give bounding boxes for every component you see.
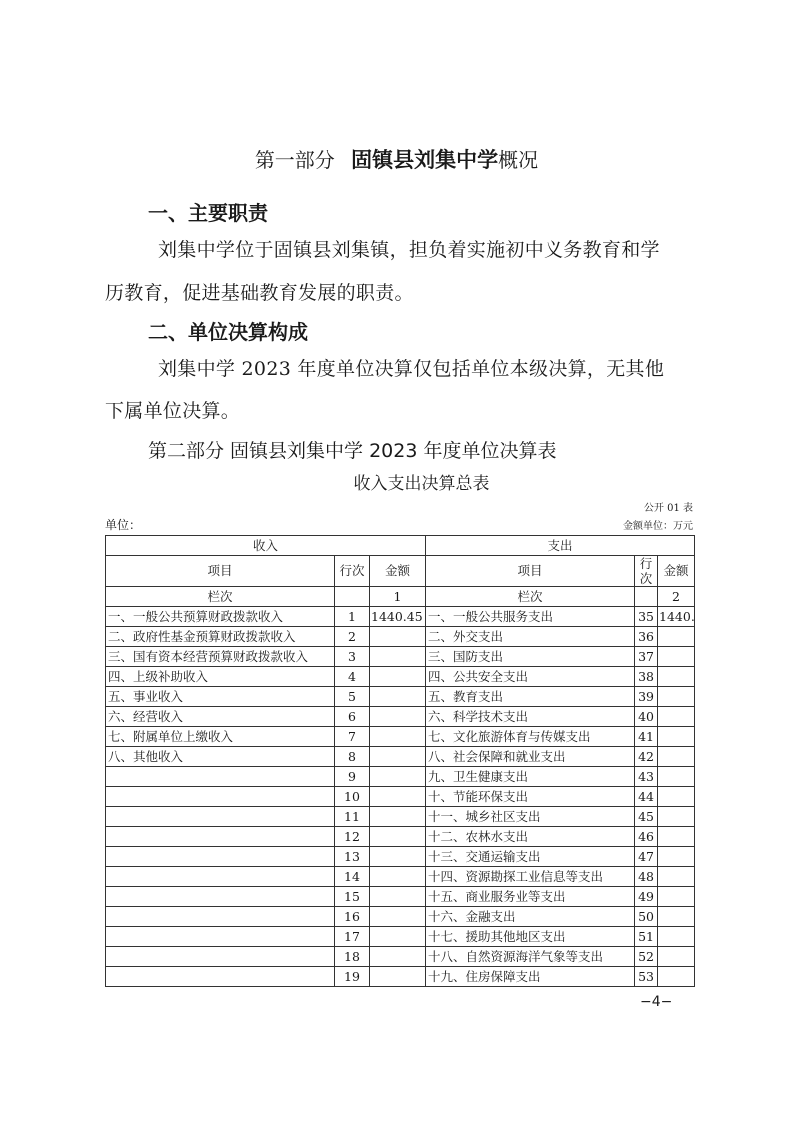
expense-item: 九、卫生健康支出 bbox=[426, 767, 635, 787]
income-row-number: 9 bbox=[335, 767, 370, 787]
income-row-number: 4 bbox=[335, 667, 370, 687]
expense-amount bbox=[658, 827, 695, 847]
income-amount bbox=[370, 927, 426, 947]
income-lanci-empty bbox=[335, 587, 370, 607]
table-group-header-row: 收入 支出 bbox=[106, 536, 695, 556]
income-amount bbox=[370, 947, 426, 967]
part1-title-suffix: 概况 bbox=[498, 148, 538, 172]
table-row: 19十九、住房保障支出53 bbox=[106, 967, 695, 987]
part2-title: 第二部分 固镇县刘集中学 2023 年度单位决算表 bbox=[148, 438, 556, 464]
expense-item: 一、一般公共服务支出 bbox=[426, 607, 635, 627]
expense-item: 十二、农林水支出 bbox=[426, 827, 635, 847]
income-row-number: 2 bbox=[335, 627, 370, 647]
income-item bbox=[106, 767, 335, 787]
table-row: 16十六、金融支出50 bbox=[106, 907, 695, 927]
income-amount bbox=[370, 747, 426, 767]
expense-amount: 1440.45 bbox=[658, 607, 695, 627]
income-col-number: 1 bbox=[370, 587, 426, 607]
expense-row-number: 42 bbox=[635, 747, 658, 767]
form-code: 公开 01 表 bbox=[644, 502, 693, 516]
section2-heading: 二、单位决算构成 bbox=[148, 318, 308, 346]
expense-amount bbox=[658, 947, 695, 967]
income-row-number: 17 bbox=[335, 927, 370, 947]
expense-amount bbox=[658, 687, 695, 707]
income-row-number: 3 bbox=[335, 647, 370, 667]
section1-heading: 一、主要职责 bbox=[148, 199, 268, 227]
income-amount bbox=[370, 667, 426, 687]
expense-item: 三、国防支出 bbox=[426, 647, 635, 667]
income-item bbox=[106, 887, 335, 907]
table-row: 15十五、商业服务业等支出49 bbox=[106, 887, 695, 907]
page-number: −4− bbox=[640, 994, 672, 1010]
expense-amount bbox=[658, 807, 695, 827]
table-row: 五、事业收入5五、教育支出39 bbox=[106, 687, 695, 707]
income-item bbox=[106, 847, 335, 867]
expense-amount bbox=[658, 747, 695, 767]
expense-lanci-empty bbox=[635, 587, 658, 607]
expense-amount bbox=[658, 707, 695, 727]
income-row-header: 行次 bbox=[335, 556, 370, 587]
section1-line1: 刘集中学位于固镇县刘集镇，担负着实施初中义务教育和学 bbox=[158, 236, 660, 264]
expense-amount bbox=[658, 847, 695, 867]
table-row: 12十二、农林水支出46 bbox=[106, 827, 695, 847]
table-row: 八、其他收入8八、社会保障和就业支出42 bbox=[106, 747, 695, 767]
expense-item-header: 项目 bbox=[426, 556, 635, 587]
income-row-number: 13 bbox=[335, 847, 370, 867]
expense-row-number: 44 bbox=[635, 787, 658, 807]
income-item: 八、其他收入 bbox=[106, 747, 335, 767]
income-row-number: 8 bbox=[335, 747, 370, 767]
expense-row-number: 36 bbox=[635, 627, 658, 647]
income-item bbox=[106, 787, 335, 807]
income-item bbox=[106, 807, 335, 827]
expense-row-number: 39 bbox=[635, 687, 658, 707]
expense-item: 十六、金融支出 bbox=[426, 907, 635, 927]
table-row: 9九、卫生健康支出43 bbox=[106, 767, 695, 787]
income-row-number: 12 bbox=[335, 827, 370, 847]
table-row: 七、附属单位上缴收入7七、文化旅游体育与传媒支出41 bbox=[106, 727, 695, 747]
expense-lanci-label: 栏次 bbox=[426, 587, 635, 607]
expense-item: 二、外交支出 bbox=[426, 627, 635, 647]
amount-unit: 金额单位：万元 bbox=[623, 520, 693, 534]
expense-amount bbox=[658, 787, 695, 807]
table-row: 10十、节能环保支出44 bbox=[106, 787, 695, 807]
expense-item: 七、文化旅游体育与传媒支出 bbox=[426, 727, 635, 747]
income-amount bbox=[370, 767, 426, 787]
unit-label: 单位： bbox=[105, 517, 141, 533]
expense-item: 十五、商业服务业等支出 bbox=[426, 887, 635, 907]
income-row-number: 1 bbox=[335, 607, 370, 627]
expense-row-number: 41 bbox=[635, 727, 658, 747]
table-row: 11十一、城乡社区支出45 bbox=[106, 807, 695, 827]
expense-row-number: 53 bbox=[635, 967, 658, 987]
expense-row-number: 48 bbox=[635, 867, 658, 887]
income-row-number: 7 bbox=[335, 727, 370, 747]
expense-row-number: 49 bbox=[635, 887, 658, 907]
expense-row-number: 46 bbox=[635, 827, 658, 847]
income-row-number: 14 bbox=[335, 867, 370, 887]
section1-line2: 历教育，促进基础教育发展的职责。 bbox=[105, 279, 414, 307]
expense-amount bbox=[658, 967, 695, 987]
income-amount bbox=[370, 687, 426, 707]
income-expense-table: 收入 支出 项目 行次 金额 项目 行 次 金额 栏次 1 栏次 2 一、一般公… bbox=[105, 535, 695, 987]
table-row: 17十七、援助其他地区支出51 bbox=[106, 927, 695, 947]
expense-item: 十八、自然资源海洋气象等支出 bbox=[426, 947, 635, 967]
section2-line1: 刘集中学 2023 年度单位决算仅包括单位本级决算，无其他 bbox=[158, 355, 664, 383]
expense-amount bbox=[658, 647, 695, 667]
expense-row-number: 50 bbox=[635, 907, 658, 927]
income-amount bbox=[370, 627, 426, 647]
expense-amount bbox=[658, 887, 695, 907]
income-item bbox=[106, 927, 335, 947]
table-row: 四、上级补助收入4四、公共安全支出38 bbox=[106, 667, 695, 687]
part1-title: 第一部分 固镇县刘集中学概况 bbox=[0, 146, 793, 174]
expense-amount bbox=[658, 867, 695, 887]
income-lanci-label: 栏次 bbox=[106, 587, 335, 607]
income-item: 四、上级补助收入 bbox=[106, 667, 335, 687]
table-row: 一、一般公共预算财政拨款收入11440.45一、一般公共服务支出351440.4… bbox=[106, 607, 695, 627]
income-amount bbox=[370, 827, 426, 847]
income-item bbox=[106, 907, 335, 927]
expense-header: 支出 bbox=[426, 536, 695, 556]
table-row: 二、政府性基金预算财政拨款收入2二、外交支出36 bbox=[106, 627, 695, 647]
expense-amount bbox=[658, 667, 695, 687]
income-item: 二、政府性基金预算财政拨款收入 bbox=[106, 627, 335, 647]
expense-row-number: 52 bbox=[635, 947, 658, 967]
income-row-number: 5 bbox=[335, 687, 370, 707]
expense-amount bbox=[658, 627, 695, 647]
expense-item: 十四、资源勘探工业信息等支出 bbox=[426, 867, 635, 887]
income-item bbox=[106, 867, 335, 887]
expense-row-number: 43 bbox=[635, 767, 658, 787]
table-row: 三、国有资本经营预算财政拨款收入3三、国防支出37 bbox=[106, 647, 695, 667]
lanci-row: 栏次 1 栏次 2 bbox=[106, 587, 695, 607]
part1-title-prefix: 第一部分 bbox=[255, 148, 335, 172]
table-row: 13十三、交通运输支出47 bbox=[106, 847, 695, 867]
table-row: 14十四、资源勘探工业信息等支出48 bbox=[106, 867, 695, 887]
income-amount bbox=[370, 727, 426, 747]
table-row: 六、经营收入6六、科学技术支出40 bbox=[106, 707, 695, 727]
expense-amount bbox=[658, 907, 695, 927]
expense-col-number: 2 bbox=[658, 587, 695, 607]
expense-amount-header: 金额 bbox=[658, 556, 695, 587]
expense-row-number: 40 bbox=[635, 707, 658, 727]
expense-row-header-char2: 次 bbox=[640, 571, 653, 586]
part1-title-school: 固镇县刘集中学 bbox=[351, 148, 498, 172]
table-column-header-row: 项目 行次 金额 项目 行 次 金额 bbox=[106, 556, 695, 587]
income-item: 三、国有资本经营预算财政拨款收入 bbox=[106, 647, 335, 667]
income-row-number: 15 bbox=[335, 887, 370, 907]
income-item bbox=[106, 947, 335, 967]
income-item: 五、事业收入 bbox=[106, 687, 335, 707]
section2-line2: 下属单位决算。 bbox=[105, 397, 240, 425]
expense-row-number: 45 bbox=[635, 807, 658, 827]
expense-row-number: 37 bbox=[635, 647, 658, 667]
income-amount bbox=[370, 707, 426, 727]
expense-row-number: 51 bbox=[635, 927, 658, 947]
income-amount bbox=[370, 907, 426, 927]
income-amount bbox=[370, 787, 426, 807]
income-row-number: 16 bbox=[335, 907, 370, 927]
income-amount-header: 金额 bbox=[370, 556, 426, 587]
expense-item: 五、教育支出 bbox=[426, 687, 635, 707]
income-header: 收入 bbox=[106, 536, 426, 556]
expense-item: 十三、交通运输支出 bbox=[426, 847, 635, 867]
expense-item: 八、社会保障和就业支出 bbox=[426, 747, 635, 767]
expense-item: 十、节能环保支出 bbox=[426, 787, 635, 807]
income-row-number: 18 bbox=[335, 947, 370, 967]
table-title: 收入支出决算总表 bbox=[0, 472, 793, 496]
expense-row-number: 38 bbox=[635, 667, 658, 687]
income-amount bbox=[370, 647, 426, 667]
expense-amount bbox=[658, 767, 695, 787]
expense-amount bbox=[658, 927, 695, 947]
table-row: 18十八、自然资源海洋气象等支出52 bbox=[106, 947, 695, 967]
income-item: 六、经营收入 bbox=[106, 707, 335, 727]
income-item bbox=[106, 827, 335, 847]
income-amount bbox=[370, 867, 426, 887]
expense-item: 四、公共安全支出 bbox=[426, 667, 635, 687]
income-amount: 1440.45 bbox=[370, 607, 426, 627]
income-amount bbox=[370, 967, 426, 987]
expense-item: 十九、住房保障支出 bbox=[426, 967, 635, 987]
income-item: 一、一般公共预算财政拨款收入 bbox=[106, 607, 335, 627]
expense-row-number: 47 bbox=[635, 847, 658, 867]
income-row-number: 6 bbox=[335, 707, 370, 727]
income-row-number: 10 bbox=[335, 787, 370, 807]
income-amount bbox=[370, 847, 426, 867]
expense-item: 十七、援助其他地区支出 bbox=[426, 927, 635, 947]
expense-item: 六、科学技术支出 bbox=[426, 707, 635, 727]
income-amount bbox=[370, 887, 426, 907]
expense-amount bbox=[658, 727, 695, 747]
expense-item: 十一、城乡社区支出 bbox=[426, 807, 635, 827]
expense-row-number: 35 bbox=[635, 607, 658, 627]
expense-row-header-char1: 行 bbox=[640, 556, 653, 571]
expense-row-header: 行 次 bbox=[635, 556, 658, 587]
income-item: 七、附属单位上缴收入 bbox=[106, 727, 335, 747]
income-row-number: 11 bbox=[335, 807, 370, 827]
income-amount bbox=[370, 807, 426, 827]
income-item bbox=[106, 967, 335, 987]
income-item-header: 项目 bbox=[106, 556, 335, 587]
income-row-number: 19 bbox=[335, 967, 370, 987]
